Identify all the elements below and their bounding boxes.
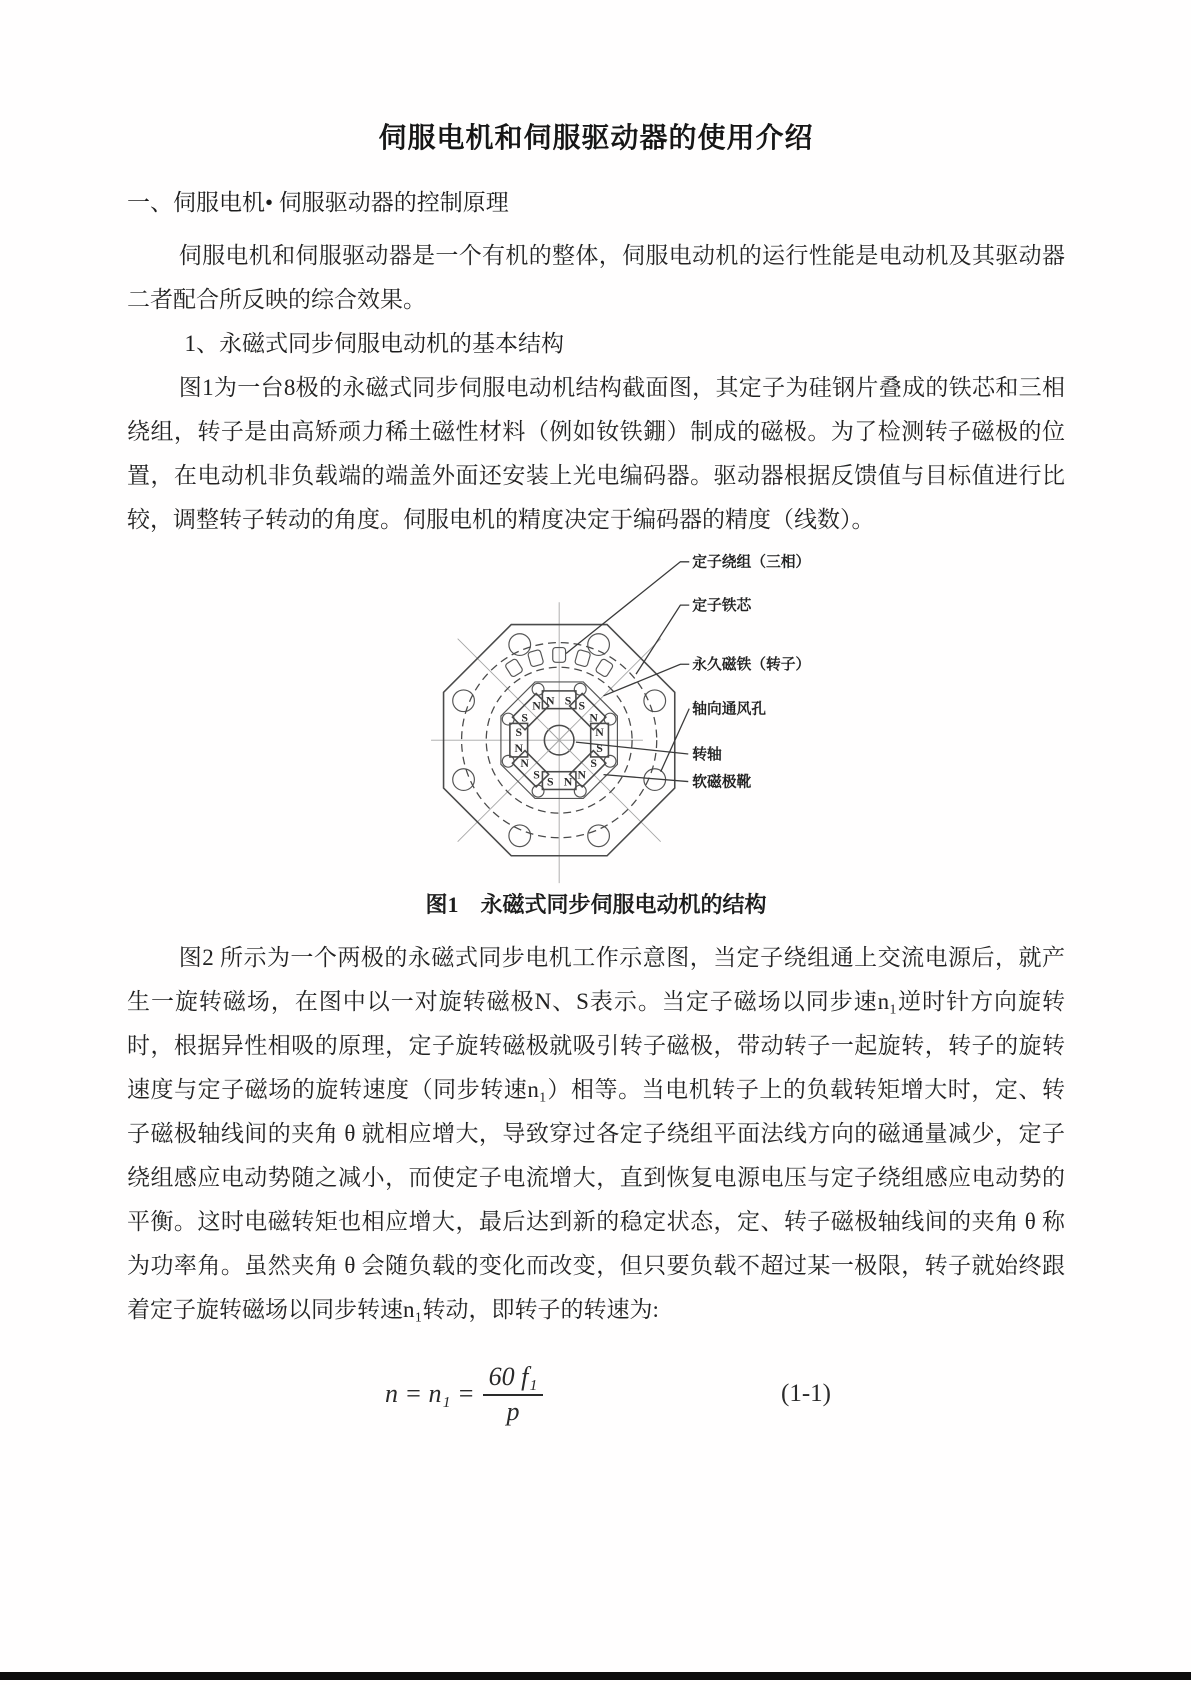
equation-number: (1-1) (781, 1380, 831, 1408)
paragraph-1: 伺服电机和伺服驱动器是一个有机的整体，伺服电动机的运行性能是电动机及其驱动器二者… (127, 234, 1065, 322)
motor-cross-section-diagram: N S S N N S S N N S S N N S S N (393, 548, 883, 888)
winding-slot (574, 649, 590, 667)
pole-letter: S (596, 741, 603, 755)
pole-letter: N (514, 741, 523, 755)
pole-letter: N (520, 756, 529, 770)
pole-letter: N (595, 725, 604, 739)
vent-hole (644, 690, 666, 712)
pole-letter: S (533, 768, 540, 782)
leader-stator-winding (566, 562, 689, 654)
equation-1: n = n₁ = 60 f₁ p (1-1) (127, 1352, 1065, 1436)
figure-label-stator-winding: 定子绕组（三相） (692, 553, 810, 571)
pole-letter: S (521, 710, 528, 724)
vent-hole (453, 769, 475, 791)
pole-letter: N (589, 710, 598, 724)
vent-hole (509, 634, 531, 656)
vent-hole (588, 825, 610, 847)
pole-letter: N (532, 699, 541, 713)
equation-expression: n = n₁ = 60 f₁ p (385, 1363, 543, 1425)
figure-label-pole-shoe: 软磁极靴 (692, 772, 751, 790)
vent-hole (509, 825, 531, 847)
figure-label-shaft: 转轴 (692, 745, 722, 763)
paragraph-2: 图1为一台8极的永磁式同步伺服电动机结构截面图，其定子为硅钢片叠成的铁芯和三相绕… (127, 366, 1065, 542)
equation-fraction: 60 f₁ p (483, 1363, 544, 1425)
paragraph-3: 图2 所示为一个两极的永磁式同步电机工作示意图，当定子绕组通上交流电源后，就产生… (127, 936, 1065, 1332)
document-page: 伺服电机和伺服驱动器的使用介绍 一、伺服电机• 伺服驱动器的控制原理 伺服电机和… (0, 0, 1191, 1685)
subsection-heading-1: 1、永磁式同步伺服电动机的基本结构 (127, 322, 1065, 366)
figure-1: N S S N N S S N N S S N N S S N (127, 548, 1065, 888)
pole-letter: S (515, 725, 522, 739)
leader-permanent-magnet (604, 664, 690, 696)
vent-hole (588, 634, 610, 656)
document-title: 伺服电机和伺服驱动器的使用介绍 (127, 116, 1065, 162)
winding-slot (505, 658, 524, 677)
equation-lhs: n = n₁ = (385, 1379, 475, 1409)
equation-denominator: p (507, 1396, 520, 1425)
leader-pole-shoe (604, 775, 689, 782)
pole-letter: N (546, 694, 555, 708)
pole-letter: N (578, 768, 587, 782)
figure-label-stator-core: 定子铁芯 (692, 596, 752, 614)
equation-numerator: 60 f₁ (483, 1363, 544, 1395)
pole-letter: S (590, 756, 597, 770)
figure-label-permanent-magnet: 永久磁铁（转子） (692, 655, 810, 673)
section-heading-1: 一、伺服电机• 伺服驱动器的控制原理 (127, 184, 1065, 222)
page-bottom-bar (0, 1672, 1191, 1680)
pole-letter: S (579, 699, 586, 713)
winding-slot (527, 649, 543, 667)
pole-letter: N (564, 775, 573, 789)
figure-label-axial-vent: 轴向通风孔 (692, 700, 766, 718)
pole-letter: S (565, 694, 572, 708)
pole-letter: S (547, 775, 554, 789)
figure-1-caption: 图1 永磁式同步伺服电动机的结构 (127, 890, 1065, 920)
winding-slot (595, 658, 614, 677)
vent-hole (453, 690, 475, 712)
